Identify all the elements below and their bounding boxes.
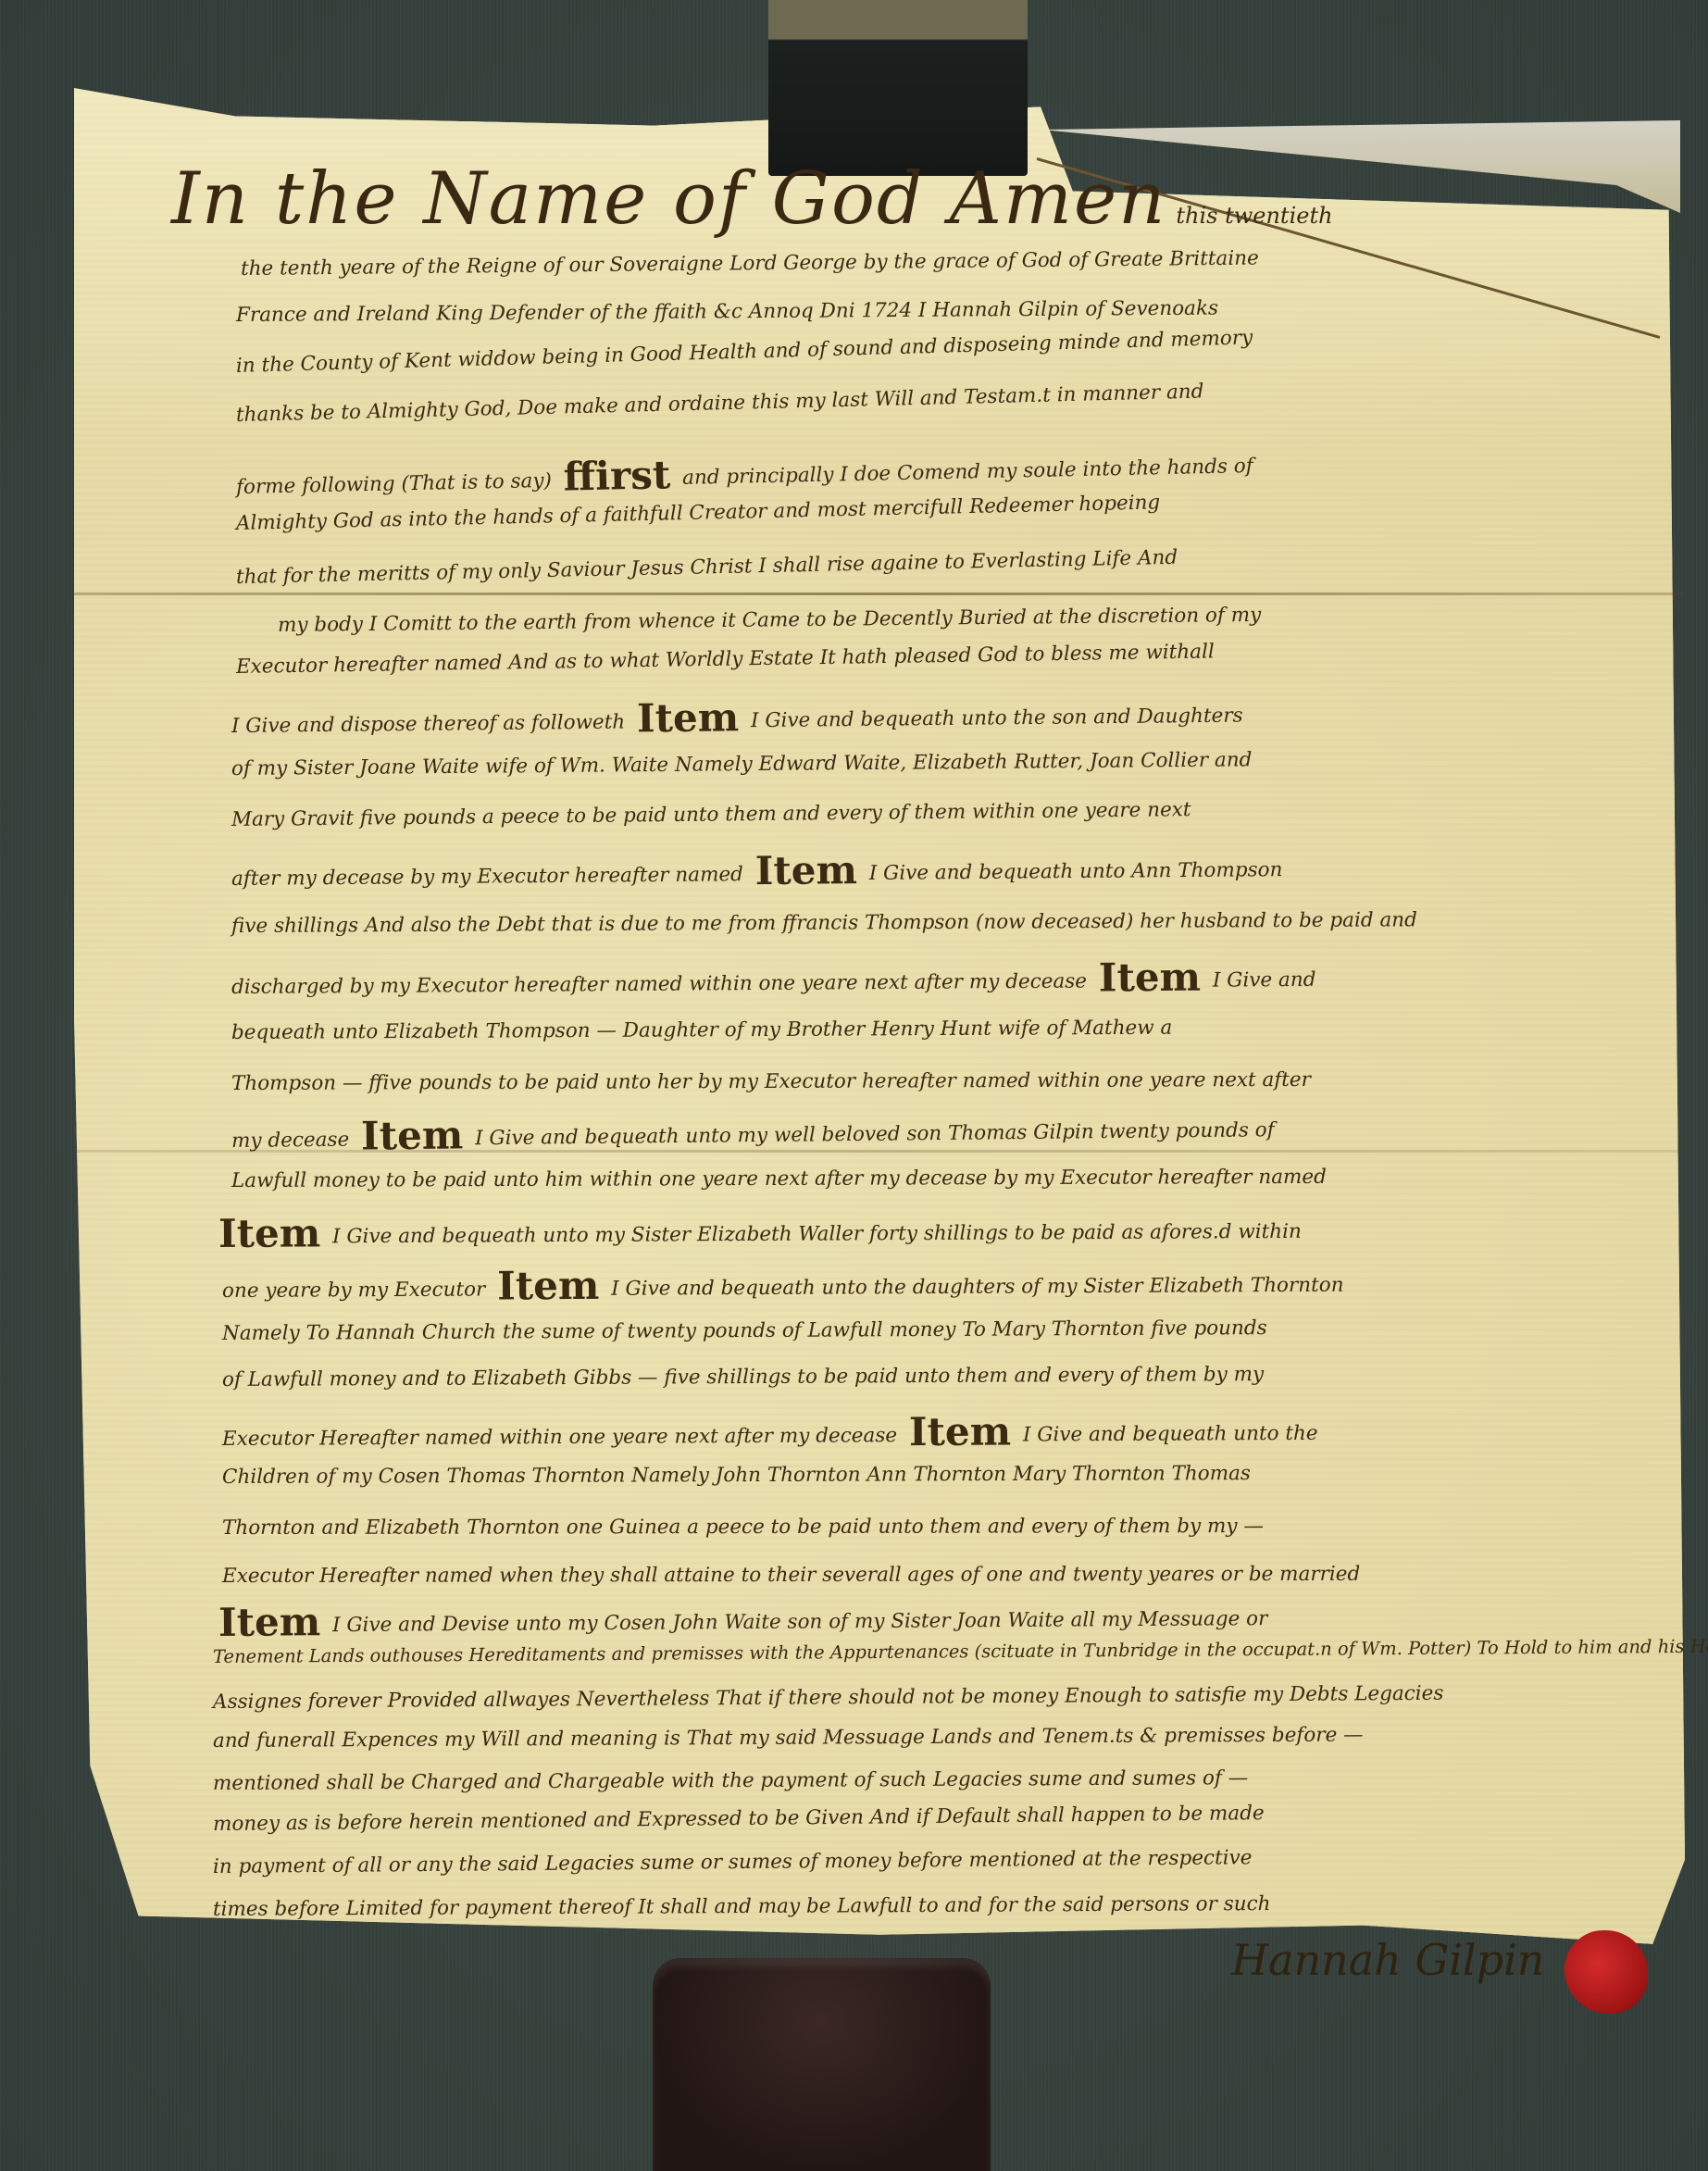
document-heading: In the Name of God Amenthis twentieth (171, 157, 1282, 241)
item-label: Item (1099, 954, 1202, 1001)
text-line: bequeath unto Elizabeth Thompson — Daugh… (231, 1018, 1172, 1043)
text-segment: Executor Hereafter named within one year… (222, 1424, 897, 1451)
item-label: Item (361, 1112, 464, 1158)
text-segment: I Give and Devise unto my Cosen John Wai… (332, 1607, 1267, 1637)
mount-clip-top (768, 0, 1028, 176)
text-line: Executor Hereafter named when they shall… (222, 1565, 1360, 1587)
text-line: Namely To Hannah Church the sume of twen… (222, 1318, 1267, 1343)
text-segment: after my decease by my Executor hereafte… (231, 863, 743, 891)
wax-seal (1565, 1930, 1648, 2014)
text-line: Thornton and Elizabeth Thornton one Guin… (222, 1516, 1264, 1538)
text-line: discharged by my Executor hereafter name… (231, 957, 1316, 1004)
text-segment: my decease (231, 1129, 349, 1153)
first-label: ffirst (563, 452, 671, 499)
text-segment: one yeare by my Executor (222, 1279, 485, 1303)
mount-clip-bottom (653, 1958, 991, 2171)
text-segment: I Give and bequeath unto my well beloved… (475, 1118, 1275, 1150)
item-label: Item (754, 847, 857, 893)
text-segment: I Give and dispose thereof as followeth (231, 711, 625, 738)
text-line: mentioned shall be Charged and Chargeabl… (213, 1768, 1248, 1793)
fold-crease (74, 593, 1685, 595)
text-segment: forme following (That is to say) (236, 469, 552, 499)
text-line: Item I Give and Devise unto my Cosen Joh… (213, 1596, 1268, 1642)
testator-signature: Hannah Gilpin (1231, 1935, 1544, 1985)
text-segment: I Give and (1213, 968, 1316, 992)
text-line: of Lawfull money and to Elizabeth Gibbs … (222, 1365, 1264, 1390)
text-segment: discharged by my Executor hereafter name… (231, 970, 1087, 999)
text-segment: I Give and bequeath unto the (1023, 1422, 1318, 1447)
text-line: Children of my Cosen Thomas Thornton Nam… (222, 1464, 1251, 1487)
text-segment: I Give and bequeath unto the son and Dau… (751, 705, 1243, 733)
text-segment: I Give and bequeath unto my Sister Eliza… (332, 1220, 1302, 1248)
text-segment: I Give and bequeath unto the daughters o… (611, 1274, 1343, 1301)
text-line: Item I Give and bequeath unto my Sister … (213, 1209, 1302, 1254)
item-label: Item (218, 1210, 320, 1256)
heading-text: In the Name of God Amen (171, 157, 1166, 241)
text-line: five shillings And also the Debt that is… (231, 910, 1417, 936)
text-segment: I Give and bequeath unto Ann Thompson (869, 858, 1283, 885)
item-label: Item (497, 1263, 599, 1309)
text-line: one yeare by my Executor Item I Give and… (222, 1263, 1344, 1307)
text-line: and funerall Expences my Will and meanin… (213, 1725, 1364, 1751)
item-label: Item (218, 1599, 321, 1645)
item-label: Item (637, 694, 740, 741)
text-line: times before Limited for payment thereof… (213, 1894, 1271, 1919)
heading-continuation: this twentieth (1176, 203, 1332, 229)
text-line: Thompson — ffive pounds to be paid unto … (231, 1070, 1311, 1094)
text-line: Executor Hereafter named within one year… (222, 1411, 1318, 1455)
text-line: Lawfull money to be paid unto him within… (231, 1167, 1327, 1192)
item-label: Item (909, 1409, 1011, 1455)
